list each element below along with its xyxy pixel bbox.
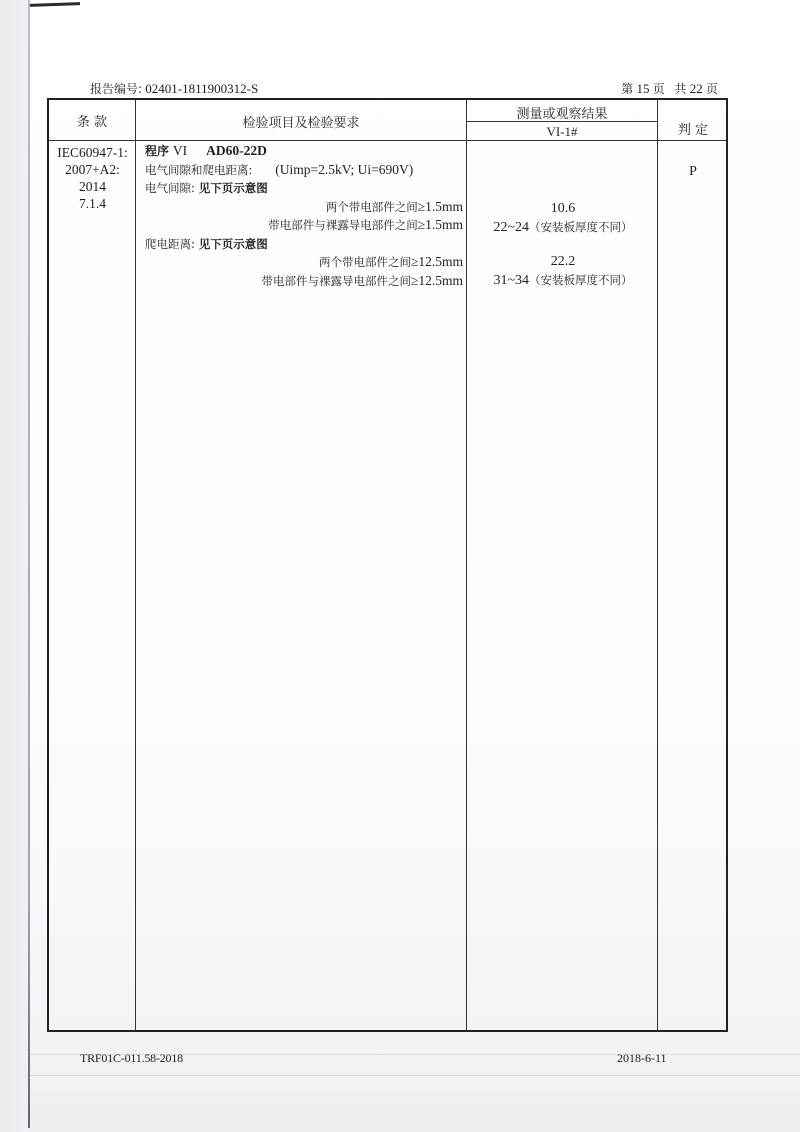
creepage-item-limit: ≥12.5mm xyxy=(411,273,463,288)
clearance-note: 见下页示意图 xyxy=(199,181,268,195)
clause-line: 7.1.4 xyxy=(49,195,136,212)
report-number-value: 02401-1811900312-S xyxy=(145,81,258,96)
requirement-cell: 程序 VI AD60-22D 电气间隙和爬电距离: (Uimp=2.5kV; U… xyxy=(145,142,463,290)
creepage-note: 见下页示意图 xyxy=(199,237,268,251)
report-number-label: 报告编号: xyxy=(90,82,142,96)
rated-voltage-values: (Uimp=2.5kV; Ui=690V) xyxy=(275,162,413,177)
header-result-sample: VI-1# xyxy=(467,124,657,140)
page-total-suffix: 页 xyxy=(706,82,718,96)
creepage-item-limit: ≥12.5mm xyxy=(411,254,463,269)
page-current: 15 xyxy=(636,81,649,96)
header-verdict: 判 定 xyxy=(658,119,728,138)
creepage-label: 爬电距离: xyxy=(145,237,195,251)
inspection-table: 条 款 检验项目及检验要求 测量或观察结果 VI-1# 判 定 IEC60947… xyxy=(47,98,728,1032)
report-number: 报告编号: 02401-1811900312-S xyxy=(90,80,258,97)
clearance-label: 电气间隙: xyxy=(145,181,195,195)
result-note: （安装板厚度不同） xyxy=(529,220,633,234)
clearance-item-label: 两个带电部件之间 xyxy=(326,200,418,214)
page-total-prefix: 共 xyxy=(674,82,686,96)
form-date: 2018-6-11 xyxy=(617,1051,667,1066)
clearance-creepage-label: 电气间隙和爬电距离: xyxy=(145,163,252,177)
result-cell: 10.6 22~24（安装板厚度不同） 22.2 31~34（安装板厚度不同） xyxy=(468,199,658,290)
page-prefix: 第 xyxy=(621,82,633,96)
column-divider xyxy=(466,100,467,1030)
header-result: 测量或观察结果 xyxy=(467,103,657,122)
result-value: 22.2 xyxy=(551,254,576,269)
header-divider xyxy=(49,140,726,141)
result-value: 22~24 xyxy=(493,220,529,235)
clause-line: IEC60947-1: xyxy=(49,144,136,161)
page-edge xyxy=(28,0,30,1128)
scan-fold-line xyxy=(30,1075,800,1076)
result-value: 31~34 xyxy=(493,273,529,288)
result-line: 10.6 xyxy=(468,199,658,218)
clearance-item-limit: ≥1.5mm xyxy=(418,199,463,214)
verdict-value: P xyxy=(658,164,728,180)
result-value: 10.6 xyxy=(551,201,576,216)
column-divider xyxy=(135,100,136,1030)
result-line: 22~24（安装板厚度不同） xyxy=(468,218,658,237)
clause-cell: IEC60947-1: 2007+A2: 2014 7.1.4 xyxy=(49,144,136,212)
header-clause: 条 款 xyxy=(49,111,135,130)
result-line: 31~34（安装板厚度不同） xyxy=(468,271,658,290)
clearance-item-label: 带电部件与裸露导电部件之间 xyxy=(268,218,418,232)
clearance-item-limit: ≥1.5mm xyxy=(418,217,463,232)
page-indicator: 第 15 页 共 22 页 xyxy=(621,80,718,97)
creepage-item-label: 带电部件与裸露导电部件之间 xyxy=(261,274,411,288)
form-number: TRF01C-011.58-2018 xyxy=(80,1051,183,1066)
clause-line: 2014 xyxy=(49,178,136,195)
model-number: AD60-22D xyxy=(206,143,267,158)
creepage-item-label: 两个带电部件之间 xyxy=(319,255,411,269)
procedure-number: VI xyxy=(173,143,187,158)
clause-line: 2007+A2: xyxy=(49,161,136,178)
header-requirement: 检验项目及检验要求 xyxy=(136,112,466,131)
procedure-label: 程序 xyxy=(145,144,169,158)
page-suffix: 页 xyxy=(653,82,665,96)
result-note: （安装板厚度不同） xyxy=(529,273,633,287)
result-line: 22.2 xyxy=(468,252,658,271)
page-total: 22 xyxy=(690,81,703,96)
